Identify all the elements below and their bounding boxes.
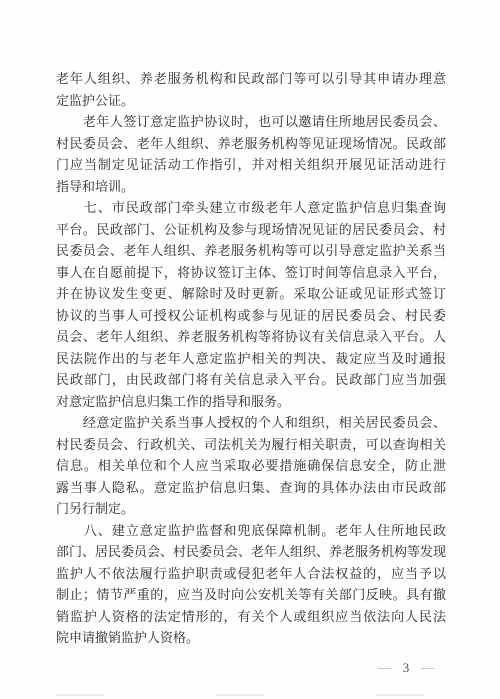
text-line: 指导和培训。: [56, 176, 446, 198]
text-line: 监护人不依法履行监护职责或侵犯老年人合法权益的，应当予以: [56, 563, 446, 585]
text-line: 八、建立意定监护监督和兜底保障机制。老年人住所地民政: [56, 520, 446, 542]
document-page: 老年人组织、养老服务机构和民政部门等可以引导其申请办理意 定监护公证。 老年人签…: [0, 0, 500, 699]
text-line: 民政部门，由民政部门将有关信息录入平台。民政部门应当加强: [56, 369, 446, 391]
text-line: 老年人组织、养老服务机构和民政部门等可以引导其申请办理意: [56, 68, 446, 90]
text-line: 经意定监护关系当事人授权的个人和组织，相关居民委员会、: [56, 412, 446, 434]
text-line: 制止；情节严重的，应当及时向公安机关等有关部门反映。具有撤: [56, 584, 446, 606]
text-line: 事人在自愿前提下，将协议签订主体、签订时间等信息录入平台，: [56, 262, 446, 284]
text-line: 村民委员会、行政机关、司法机关为履行相关职责，可以查询相关: [56, 434, 446, 456]
text-line: 七、市民政部门牵头建立市级老年人意定监护信息归集查询: [56, 197, 446, 219]
text-line: 门另行制定。: [56, 498, 446, 520]
text-line: 员会、老年人组织、养老服务机构等将协议有关信息录入平台。人: [56, 326, 446, 348]
text-line: 部门、居民委员会、村民委员会、老年人组织、养老服务机构等发现: [56, 541, 446, 563]
text-line: 销监护人资格的法定情形的，有关个人或组织应当依法向人民法: [56, 606, 446, 628]
text-line: 露当事人隐私。意定监护信息归集、查询的具体办法由市民政部: [56, 477, 446, 499]
text-line: 并在协议发生变更、解除时及时更新。采取公证或见证形式签订: [56, 283, 446, 305]
text-line: 门应当制定见证活动工作指引，并对相关组织开展见证活动进行: [56, 154, 446, 176]
text-line: 院申请撤销监护人资格。: [56, 627, 446, 649]
scan-artifact-bottom-edge: [0, 694, 500, 696]
text-line: 老年人签订意定监护协议时，也可以邀请住所地居民委员会、: [56, 111, 446, 133]
document-body: 老年人组织、养老服务机构和民政部门等可以引导其申请办理意 定监护公证。 老年人签…: [56, 68, 446, 649]
page-number-dash-left: —: [378, 662, 391, 675]
page-number-dash-right: —: [421, 662, 434, 675]
text-line: 村民委员会、老年人组织、养老服务机构等见证现场情况。民政部: [56, 133, 446, 155]
text-line: 平台。民政部门、公证机构及参与现场情况见证的居民委员会、村: [56, 219, 446, 241]
page-number-value: 3: [403, 660, 410, 676]
text-line: 信息。相关单位和个人应当采取必要措施确保信息安全，防止泄: [56, 455, 446, 477]
text-line: 民法院作出的与老年人意定监护相关的判决、裁定应当及时通报: [56, 348, 446, 370]
text-line: 定监护公证。: [56, 90, 446, 112]
text-line: 协议的当事人可授权公证机构或参与见证的居民委员会、村民委: [56, 305, 446, 327]
text-line: 对意定监护信息归集工作的指导和服务。: [56, 391, 446, 413]
text-line: 民委员会、老年人组织、养老服务机构等可以引导意定监护关系当: [56, 240, 446, 262]
page-number: — 3 —: [378, 660, 434, 676]
